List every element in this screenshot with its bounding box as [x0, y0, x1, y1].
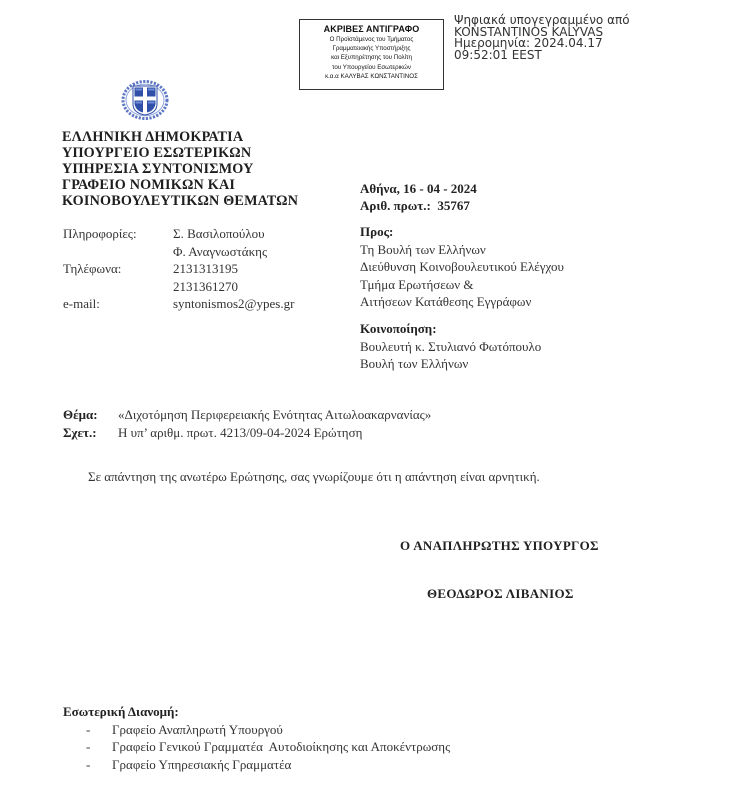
- info-label: Πληροφορίες:: [63, 225, 173, 243]
- cc-block: Κοινοποίηση: Βουλευτή κ. Στυλιανό Φωτόπο…: [360, 320, 541, 373]
- dash-bullet: -: [63, 721, 112, 739]
- contact-row-info-2: Φ. Αναγνωστάκης: [63, 243, 294, 261]
- list-item: - Γραφείο Υπηρεσιακής Γραμματέα: [63, 756, 450, 774]
- authority-line: ΥΠΗΡΕΣΙΑ ΣΥΝΤΟΝΙΣΜΟΥ: [62, 161, 298, 177]
- contact-row-email: e-mail: syntonismos2@ypes.gr: [63, 295, 294, 313]
- certified-copy-stamp: ΑΚΡΙΒΕΣ ΑΝΤΙΓΡΑΦΟ Ο Προϊστάμενος του Τμή…: [299, 19, 444, 90]
- digital-signature: Ψηφιακά υπογεγραμμένο από KONSTANTINOS K…: [454, 15, 630, 61]
- subject-block: Θέμα: «Διχοτόμηση Περιφερειακής Ενότητας…: [63, 406, 431, 441]
- recipient-line: Τη Βουλή των Ελλήνων: [360, 241, 564, 259]
- recipient-line: Διεύθυνση Κοινοβουλευτικού Ελέγχου: [360, 258, 564, 276]
- signature-time: 09:52:01 EEST: [454, 50, 630, 62]
- contact-row-phone: Τηλέφωνα: 2131313195: [63, 260, 294, 278]
- recipients-block: Προς: Τη Βουλή των Ελλήνων Διεύθυνση Κοι…: [360, 223, 564, 311]
- date-protocol-block: Αθήνα, 16 - 04 - 2024 Αριθ. πρωτ.: 35767: [360, 181, 477, 214]
- dash-bullet: -: [63, 756, 112, 774]
- authority-line: ΓΡΑΦΕΙΟ ΝΟΜΙΚΩΝ ΚΑΙ: [62, 177, 298, 193]
- phone-number: 2131361270: [173, 278, 238, 296]
- reference-label: Σχετ.:: [63, 424, 118, 442]
- stamp-line: Γραμματειακής Υποστήριξης: [300, 44, 443, 53]
- protocol-number-line: Αριθ. πρωτ.: 35767: [360, 198, 477, 215]
- recipient-line: Τμήμα Ερωτήσεων &: [360, 276, 564, 294]
- info-name: Φ. Αναγνωστάκης: [173, 243, 267, 261]
- subject-text: «Διχοτόμηση Περιφερειακής Ενότητας Αιτωλ…: [118, 406, 431, 424]
- list-item: - Γραφείο Αναπληρωτή Υπουργού: [63, 721, 450, 739]
- stamp-line: κ.α.α ΚΑΛΥΒΑΣ ΚΩΝΣΤΑΝΤΙΝΟΣ: [300, 72, 443, 81]
- stamp-line: του Υπουργείου Εσωτερικών: [300, 63, 443, 72]
- distribution-heading: Εσωτερική Διανομή:: [63, 703, 450, 721]
- phone-number: 2131313195: [173, 260, 238, 278]
- recipient-line: Αιτήσεων Κατάθεσης Εγγράφων: [360, 293, 564, 311]
- reference-row: Σχετ.: Η υπ’ αριθμ. πρωτ. 4213/09-04-202…: [63, 424, 431, 442]
- email-label: e-mail:: [63, 295, 173, 313]
- stamp-line: Ο Προϊστάμενος του Τμήματος: [300, 35, 443, 44]
- cc-line: Βουλευτή κ. Στυλιανό Φωτόπουλο: [360, 338, 541, 356]
- distribution-list: - Γραφείο Αναπληρωτή Υπουργού - Γραφείο …: [63, 721, 450, 774]
- subject-label: Θέμα:: [63, 406, 118, 424]
- greek-coat-of-arms-icon: [121, 80, 169, 120]
- authority-line: ΥΠΟΥΡΓΕΙΟ ΕΣΩΤΕΡΙΚΩΝ: [62, 145, 298, 161]
- distribution-item: Γραφείο Γενικού Γραμματέα Αυτοδιοίκησης …: [112, 738, 450, 756]
- contact-row-info: Πληροφορίες: Σ. Βασιλοπούλου: [63, 225, 294, 243]
- protocol-number: 35767: [437, 198, 470, 213]
- stamp-title: ΑΚΡΙΒΕΣ ΑΝΤΙΓΡΑΦΟ: [300, 24, 443, 35]
- internal-distribution: Εσωτερική Διανομή: - Γραφείο Αναπληρωτή …: [63, 703, 450, 773]
- distribution-item: Γραφείο Αναπληρωτή Υπουργού: [112, 721, 283, 739]
- contact-row-phone-2: 2131361270: [63, 278, 294, 296]
- dash-bullet: -: [63, 738, 112, 756]
- cc-heading: Κοινοποίηση:: [360, 320, 541, 338]
- email-address[interactable]: syntonismos2@ypes.gr: [173, 295, 294, 313]
- recipients-heading: Προς:: [360, 223, 564, 241]
- phone-label: Τηλέφωνα:: [63, 260, 173, 278]
- authority-line: ΕΛΛΗΝΙΚΗ ΔΗΜΟΚΡΑΤΙΑ: [62, 129, 298, 145]
- document-date: Αθήνα, 16 - 04 - 2024: [360, 181, 477, 198]
- issuing-authority: ΕΛΛΗΝΙΚΗ ΔΗΜΟΚΡΑΤΙΑ ΥΠΟΥΡΓΕΙΟ ΕΣΩΤΕΡΙΚΩΝ…: [62, 129, 298, 209]
- cc-line: Βουλή των Ελλήνων: [360, 355, 541, 373]
- authority-line: ΚΟΙΝΟΒΟΥΛΕΥΤΙΚΩΝ ΘΕΜΑΤΩΝ: [62, 193, 298, 209]
- stamp-line: και Εξυπηρέτησης του Πολίτη: [300, 53, 443, 62]
- body-paragraph: Σε απάντηση της ανωτέρω Ερώτησης, σας γν…: [88, 468, 540, 485]
- protocol-label: Αριθ. πρωτ.:: [360, 198, 431, 213]
- info-name: Σ. Βασιλοπούλου: [173, 225, 265, 243]
- list-item: - Γραφείο Γενικού Γραμματέα Αυτοδιοίκηση…: [63, 738, 450, 756]
- distribution-item: Γραφείο Υπηρεσιακής Γραμματέα: [112, 756, 291, 774]
- signatory-title: Ο ΑΝΑΠΛΗΡΩΤΗΣ ΥΠΟΥΡΓΟΣ: [400, 537, 599, 554]
- reference-text: Η υπ’ αριθμ. πρωτ. 4213/09-04-2024 Ερώτη…: [118, 424, 362, 442]
- contact-info: Πληροφορίες: Σ. Βασιλοπούλου Φ. Αναγνωστ…: [63, 225, 294, 313]
- subject-row: Θέμα: «Διχοτόμηση Περιφερειακής Ενότητας…: [63, 406, 431, 424]
- signatory-name: ΘΕΟΔΩΡΟΣ ΛΙΒΑΝΙΟΣ: [427, 585, 574, 602]
